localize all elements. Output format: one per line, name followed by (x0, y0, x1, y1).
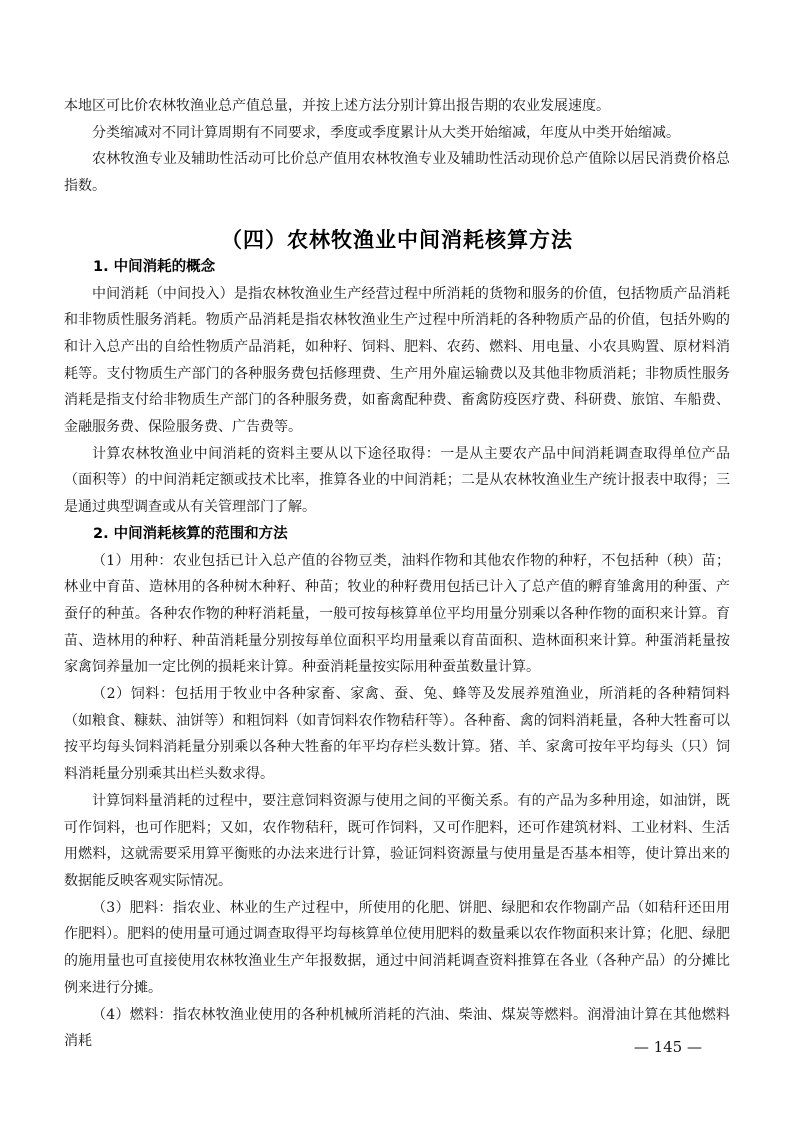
paragraph-fuel: （4）燃料：指农林牧渔业使用的各种机械所消耗的汽油、柴油、煤炭等燃料。润滑油计算… (64, 1002, 730, 1055)
paragraph-feed: （2）饲料：包括用于牧业中各种家畜、家禽、蚕、兔、蜂等及发展养殖渔业，所消耗的各… (64, 681, 730, 788)
paragraph-fertilizer: （3）肥料：指农业、林业的生产过程中，所使用的化肥、饼肥、绿肥和农作物副产品（如… (64, 895, 730, 1002)
document-page: 本地区可比价农林牧渔业总产值总量，并按上述方法分别计算出报告期的农业发展速度。 … (0, 0, 793, 1122)
section-heading: （四）农林牧渔业中间消耗核算方法 (64, 226, 730, 254)
page-number: — 145 — (634, 1038, 702, 1056)
subsection-1-title: 1. 中间消耗的概念 (64, 254, 730, 281)
subsection-2-title: 2. 中间消耗核算的范围和方法 (64, 521, 730, 548)
paragraph-classification-reduction: 分类缩减对不同计算周期有不同要求，季度或季度累计从大类开始缩减，年度从中类开始缩… (64, 120, 730, 147)
page-body-text: 本地区可比价农林牧渔业总产值总量，并按上述方法分别计算出报告期的农业发展速度。 … (64, 93, 730, 1055)
paragraph-auxiliary-activities: 农林牧渔专业及辅助性活动可比价总产值用农林牧渔专业及辅助性活动现价总产值除以居民… (64, 146, 730, 199)
paragraph-seeds: （1）用种：农业包括已计入总产值的谷物豆类，油料作物和其他农作物的种籽，不包括种… (64, 548, 730, 682)
paragraph-data-sources: 计算农林牧渔业中间消耗的资料主要从以下途径取得：一是从主要农产品中间消耗调查取得… (64, 441, 730, 521)
continuation-paragraph: 本地区可比价农林牧渔业总产值总量，并按上述方法分别计算出报告期的农业发展速度。 (64, 93, 730, 120)
paragraph-intermediate-consumption-concept: 中间消耗（中间投入）是指农林牧渔业生产经营过程中所消耗的货物和服务的价值，包括物… (64, 281, 730, 441)
paragraph-feed-balance: 计算饲料量消耗的过程中，要注意饲料资源与使用之间的平衡关系。有的产品为多种用途，… (64, 788, 730, 895)
